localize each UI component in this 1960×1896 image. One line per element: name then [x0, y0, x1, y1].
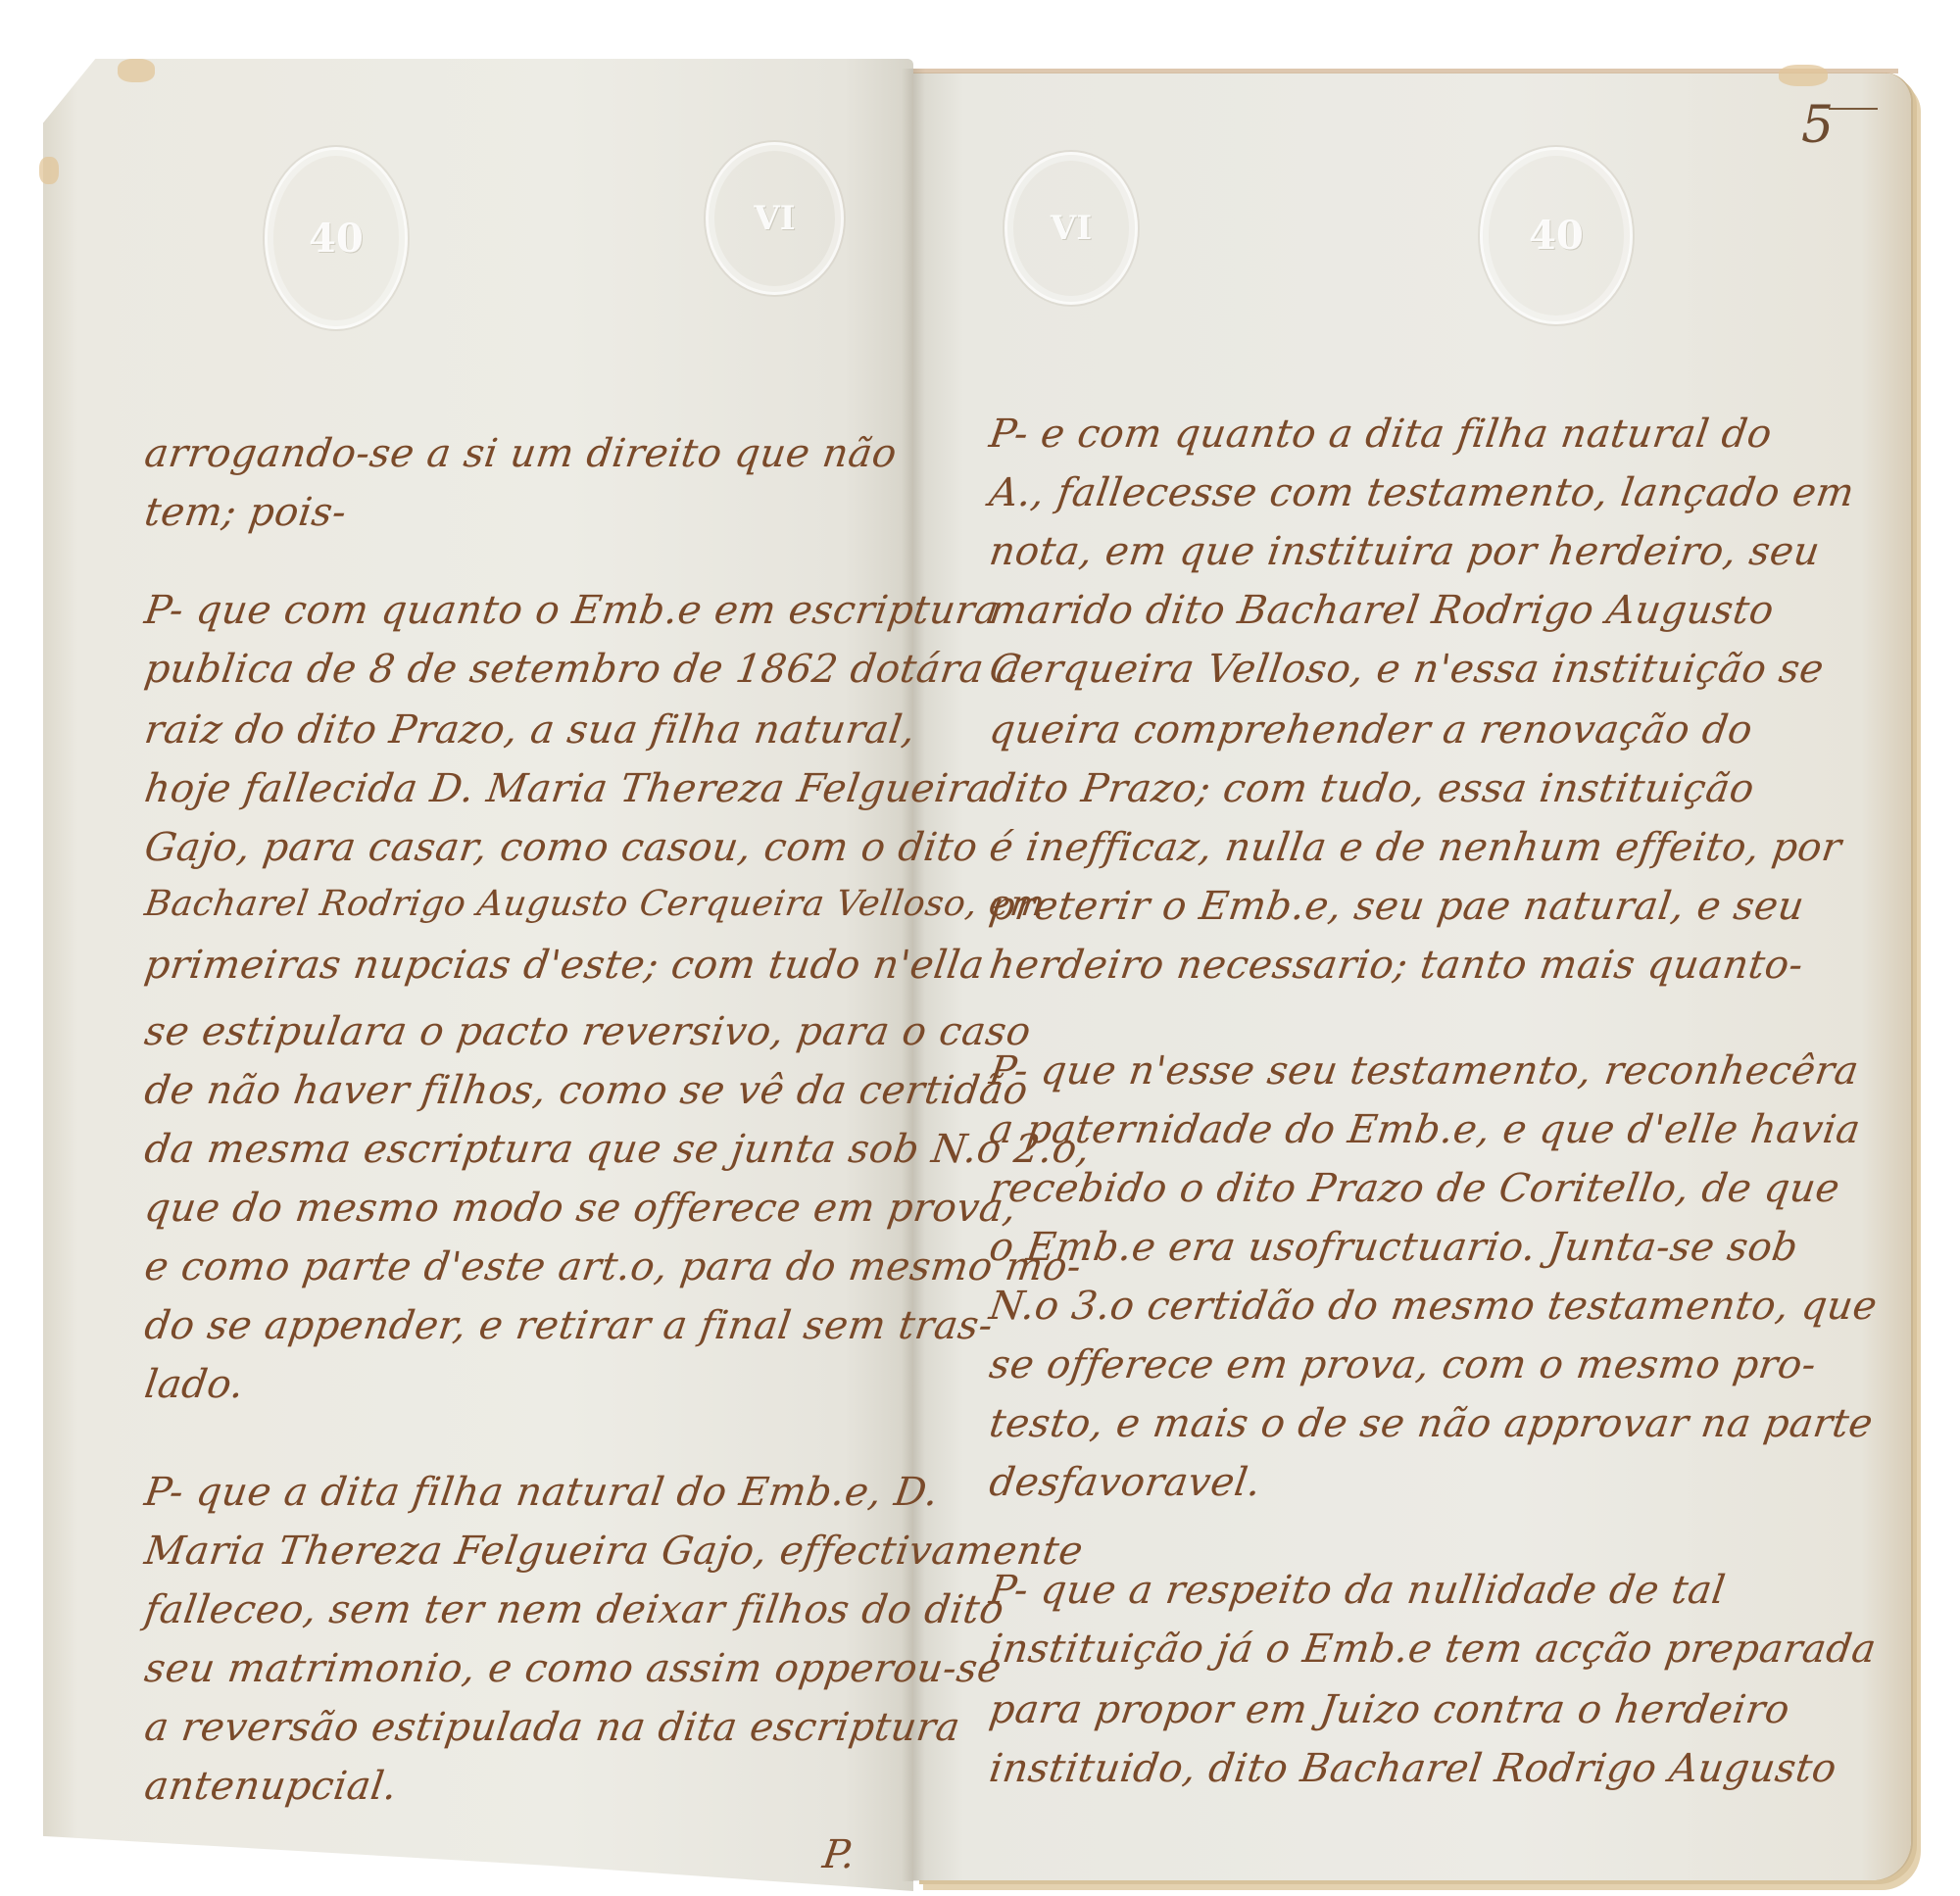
left-line-22: antenupcial. — [142, 1764, 401, 1809]
embossed-stamp-right-1: VI — [1004, 152, 1138, 305]
page-top-edge — [913, 69, 1898, 73]
left-line-18: Maria Thereza Felgueira Gajo, effectivam… — [142, 1529, 1086, 1574]
left-line-2: tem; pois- — [142, 490, 350, 535]
right-line-5: Cerqueira Velloso, e n'essa instituição … — [987, 647, 1827, 692]
page-number-underline — [1829, 108, 1878, 110]
left-line-4: publica de 8 de setembro de 1862 dotára … — [142, 647, 1024, 692]
left-line-5: raiz do dito Prazo, a sua filha natural, — [142, 707, 918, 753]
right-line-11: P- que n'esse seu testamento, reconhecêr… — [987, 1048, 1862, 1094]
right-line-13: recebido o dito Prazo de Coritello, de q… — [987, 1166, 1842, 1211]
right-line-3: nota, em que instituira por herdeiro, se… — [987, 529, 1823, 574]
left-line-16: lado. — [142, 1362, 247, 1407]
embossed-stamp-right-2: 40 — [1480, 147, 1633, 324]
left-line-6: hoje fallecida D. Maria Thereza Felgueir… — [142, 766, 995, 811]
right-line-1: P- e com quanto a dita filha natural do — [987, 412, 1775, 457]
right-line-17: testo, e mais o de se não approvar na pa… — [987, 1401, 1876, 1446]
left-line-3: P- que com quanto o Emb.e em escriptura — [142, 588, 1003, 633]
right-line-12: a paternidade do Emb.e, e que d'elle hav… — [987, 1107, 1864, 1152]
left-line-13: que do mesmo modo se offerece em prova, — [142, 1186, 1020, 1231]
foxing-stain — [39, 157, 59, 184]
left-line-9: primeiras nupcias d'este; com tudo n'ell… — [142, 943, 987, 988]
left-line-20: seu matrimonio, e como assim opperou-se — [142, 1646, 1004, 1691]
embossed-stamp-left-1: 40 — [265, 147, 408, 329]
left-line-8: Bacharel Rodrigo Augusto Cerqueira Vello… — [142, 884, 1048, 924]
left-line-17: P- que a dita filha natural do Emb.e, D. — [142, 1470, 942, 1515]
right-line-14: o Emb.e era usofructuario. Junta-se sob — [987, 1225, 1801, 1270]
right-line-9: preterir o Emb.e, seu pae natural, e seu — [987, 884, 1807, 929]
right-line-20: instituição já o Emb.e tem acção prepara… — [987, 1627, 1880, 1672]
right-line-10: herdeiro necessario; tanto mais quanto- — [987, 943, 1806, 988]
page-number: 5 — [1801, 96, 1834, 155]
left-line-15: do se appender, e retirar a final sem tr… — [142, 1303, 996, 1348]
right-line-2: A., fallecesse com testamento, lançado e… — [987, 470, 1857, 515]
foxing-stain — [118, 59, 155, 82]
right-line-7: dito Prazo; com tudo, essa instituição — [987, 766, 1757, 811]
right-line-22: instituido, dito Bacharel Rodrigo August… — [987, 1746, 1839, 1791]
left-line-12: da mesma escriptura que se junta sob N.o… — [142, 1127, 1093, 1172]
left-line-11: de não haver filhos, como se vê da certi… — [142, 1068, 1031, 1113]
embossed-stamp-left-2: VI — [706, 142, 844, 295]
left-line-1: arrogando-se a si um direito que não — [142, 431, 900, 476]
right-line-4: marido dito Bacharel Rodrigo Augusto — [987, 588, 1777, 633]
right-line-15: N.o 3.o certidão do mesmo testamento, qu… — [987, 1284, 1881, 1329]
left-line-19: falleceo, sem ter nem deixar filhos do d… — [142, 1587, 1007, 1632]
right-line-6: queira comprehender a renovação do — [987, 707, 1755, 753]
right-line-19: P- que a respeito da nullidade de tal — [987, 1568, 1729, 1613]
right-line-21: para propor em Juizo contra o herdeiro — [987, 1687, 1792, 1732]
left-line-21: a reversão estipulada na dita escriptura — [142, 1705, 963, 1750]
left-line-10: se estipulara o pacto reversivo, para o … — [142, 1009, 1034, 1054]
left-line-7: Gajo, para casar, como casou, com o dito — [142, 825, 981, 870]
foxing-stain — [1779, 65, 1828, 86]
left-catchword: P. — [820, 1832, 858, 1877]
right-line-18: desfavoravel. — [987, 1460, 1264, 1505]
right-line-16: se offerece em prova, com o mesmo pro- — [987, 1342, 1819, 1387]
left-line-14: e como parte d'este art.o, para do mesmo… — [142, 1244, 1085, 1289]
right-line-8: é inefficaz, nulla e de nenhum effeito, … — [987, 825, 1844, 870]
